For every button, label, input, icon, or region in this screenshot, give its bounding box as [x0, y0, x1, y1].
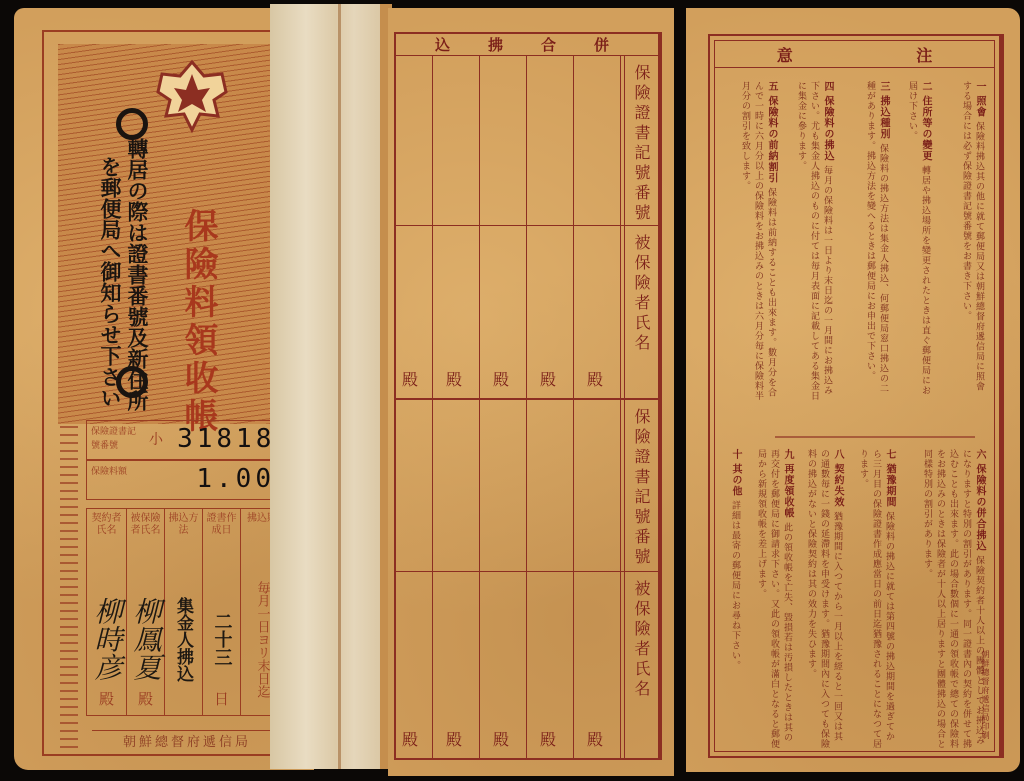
note-title: 保險料の拂込: [822, 96, 833, 162]
column-divider: [620, 56, 621, 225]
ornamental-divider: [775, 436, 975, 438]
column-divider: [479, 572, 480, 758]
honorific-1: 殿: [402, 727, 418, 750]
honorific-1: 殿: [402, 367, 418, 390]
note-item-9: 九 再度領收帳 此の領收帳を亡失、毀損若は汚損したときは其の再交付を郵便局に御請…: [754, 449, 794, 749]
spine-tape: [270, 4, 390, 769]
honorific-4: 殿: [540, 727, 556, 750]
note-number: 七: [884, 449, 895, 460]
header-char: 意: [777, 43, 793, 66]
honorific-5: 殿: [587, 727, 603, 750]
note-number: 二: [920, 81, 931, 92]
header-char: 注: [916, 43, 932, 66]
note-number: 九: [782, 449, 793, 460]
column-divider: [432, 572, 433, 758]
column-divider: [526, 226, 527, 398]
header-char: 合: [541, 34, 556, 55]
cover-page: 保險料領收帳 轉居の際は證書番號及新住所 を郵便局へ御知らせ下さい 保險證書記號…: [14, 8, 314, 770]
header-char: 拂: [488, 34, 503, 55]
note-number: 四: [822, 81, 833, 92]
column-divider: [620, 400, 621, 571]
header-char: 込: [435, 34, 450, 55]
honorific-3: 殿: [493, 727, 509, 750]
column-divider: [432, 56, 433, 225]
note-title: 其の他: [730, 464, 741, 497]
certificate-prefix: 小: [149, 429, 163, 449]
note-item-7: 七 猶豫期間 保險料の拂込に就ては第四號の拂込期間を過ぎてから三月目の保險證書作…: [856, 449, 896, 749]
note-text: 保險料拂込其の他に就て郵便局又は朝鮮總督府遞信局に照會する場合には必ず保險證書記…: [961, 81, 984, 392]
note-item-6: 六 保險料の併合拂込 保險契約者十人以上の團體としてお拂込みになりますと特別の割…: [920, 449, 986, 749]
column-header: 拂込方法: [165, 513, 202, 537]
column-divider: [573, 572, 574, 758]
honorific-2: 殿: [446, 727, 462, 750]
note-item-4: 四 保險料の拂込 毎月の保險料は一日より末日迄の一月間にお拂込み下さい。尤も集金…: [794, 81, 834, 401]
premium-label: 保險料額: [91, 465, 141, 479]
row-label-certificate: 保險證書記號番號: [624, 56, 658, 225]
stamped-value: 二十三: [209, 612, 235, 666]
note-title: 照會: [974, 96, 985, 118]
note-item-8: 八 契約失效 猶豫期間に入つてから一月以上を經ると一回又は其の通數毎に一錢の延滯…: [804, 449, 844, 749]
issuer-footer: 朝鮮總督府遞信局: [92, 730, 282, 753]
row-label-insured: 被保險者氏名: [624, 226, 658, 398]
note-number: 五: [766, 81, 777, 92]
column-divider: [526, 400, 527, 571]
notes-frame: 意 注 一 照會 保險料拂込其の他に就て郵便局又は朝鮮總督府遞信局に照會する場合…: [708, 34, 1004, 758]
note-number: 三: [878, 81, 889, 92]
honorific: 殿: [127, 688, 164, 709]
day-suffix: 日: [203, 688, 240, 709]
printer-imprint: 朝鮮總督府遞信局印刷: [980, 650, 991, 740]
note-title: 保險料の併合拂込: [974, 464, 985, 552]
insured-name-band-1: 被保險者氏名 殿 殿 殿 殿 殿: [396, 226, 658, 400]
spine-seam: [338, 4, 341, 769]
note-number: 一: [974, 81, 985, 92]
column-header: 被保險者氏名: [127, 513, 164, 537]
certificate-number-band-2: 保險證書記號番號: [396, 400, 658, 572]
honorific: 殿: [87, 688, 126, 709]
row-label-insured: 被保險者氏名: [624, 572, 658, 758]
stamp-ring-bottom: [116, 366, 148, 398]
column-payment-method: 拂込方法 集金人拂込: [165, 509, 203, 715]
note-title: 契約失效: [832, 464, 843, 508]
column-divider: [620, 572, 621, 758]
honorific-5: 殿: [587, 367, 603, 390]
policy-details-table: 契約者氏名 柳時彦 殿 被保險者氏名 柳鳳夏 殿 拂込方法 集金人拂込 證書作成…: [86, 508, 284, 716]
note-title: 再度領收帳: [782, 464, 793, 519]
column-divider: [573, 226, 574, 398]
note-title: 猶豫期間: [884, 464, 895, 508]
stamp-text-line2: を郵便局へ御知らせ下さい: [100, 156, 121, 408]
row-label-certificate: 保險證書記號番號: [624, 400, 658, 571]
certificate-info-box: 保險證書記號番號 小 318184 保險料額 1.00: [86, 420, 296, 504]
header-char: 併: [594, 34, 609, 55]
note-text: 詳細は最寄の郵便局にお尋ね下さい。: [730, 501, 740, 671]
certificate-number-row: 保險證書記號番號 小 318184: [86, 420, 296, 460]
column-divider: [573, 400, 574, 571]
notes-page: 意 注 一 照會 保險料拂込其の他に就て郵便局又は朝鮮總督府遞信局に照會する場合…: [686, 8, 1020, 772]
note-item-10: 十 其の他 詳細は最寄の郵便局にお尋ね下さい。: [728, 449, 742, 749]
column-divider: [620, 226, 621, 398]
note-item-3: 三 拂込種別 保險料の拂込方法は集金人拂込、何郵便局窓口拂込の二種があります。拂…: [863, 81, 890, 401]
premium-amount: 1.00: [196, 464, 275, 494]
honorific-2: 殿: [446, 367, 462, 390]
note-number: 六: [974, 449, 985, 460]
combined-payment-header: 込 拂 合 併: [396, 34, 658, 56]
handwritten-value: 柳鳳夏: [126, 597, 166, 681]
note-item-1: 一 照會 保險料拂込其の他に就て郵便局又は朝鮮總督府遞信局に照會する場合には必ず…: [959, 81, 986, 401]
note-number: 八: [832, 449, 843, 460]
note-title: 住所等の變更: [920, 96, 931, 162]
note-title: 保險料の前納割引: [766, 96, 777, 184]
certificate-number-label: 保險證書記號番號: [91, 425, 141, 453]
note-title: 拂込種別: [878, 96, 889, 140]
note-number: 十: [730, 449, 741, 460]
column-divider: [526, 56, 527, 225]
certificate-number-band-1: 保險證書記號番號: [396, 56, 658, 226]
honorific-4: 殿: [540, 367, 556, 390]
premium-row: 保險料額 1.00: [86, 460, 296, 500]
combined-payment-table: 込 拂 合 併 保險證書記號番號 被保險者氏名 殿 殿 殿 殿 殿: [394, 32, 662, 760]
column-issue-date: 證書作成日 二十三 日: [203, 509, 241, 715]
cover-title: 保險料領收帳: [174, 208, 223, 436]
note-item-2: 二 住所等の變更 轉居や拂込場所を變更されたときは直ぐ郵便局にお屆け下さい。: [905, 81, 932, 401]
column-header: 契約者氏名: [87, 513, 126, 537]
column-header: 證書作成日: [203, 513, 240, 537]
column-policyholder: 契約者氏名 柳時彦 殿: [87, 509, 127, 715]
notes-header: 意 注: [715, 41, 994, 68]
column-divider: [479, 226, 480, 398]
stamped-value: 集金人拂込: [171, 597, 196, 682]
column-divider: [479, 400, 480, 571]
column-divider: [479, 56, 480, 225]
combined-payment-page: 込 拂 合 併 保險證書記號番號 被保險者氏名 殿 殿 殿 殿 殿: [388, 8, 674, 776]
column-divider: [573, 56, 574, 225]
handwritten-value: 柳時彦: [87, 597, 127, 681]
notes-inner-frame: 意 注 一 照會 保險料拂込其の他に就て郵便局又は朝鮮總督府遞信局に照會する場合…: [714, 40, 995, 752]
honorific-3: 殿: [493, 367, 509, 390]
column-divider: [432, 400, 433, 571]
column-insured: 被保險者氏名 柳鳳夏 殿: [127, 509, 165, 715]
printed-value: 毎月一日ヨリ末日迄: [253, 581, 272, 698]
column-divider: [432, 226, 433, 398]
plum-blossom-emblem-icon: [152, 58, 232, 138]
note-item-5: 五 保險料の前納割引 保險料は前納することも出來ます。數月分を合んで一時に六月分…: [738, 81, 778, 401]
insured-name-band-2: 被保險者氏名 殿 殿 殿 殿 殿: [396, 572, 658, 758]
stamp-ring-top: [116, 108, 148, 140]
column-divider: [526, 572, 527, 758]
